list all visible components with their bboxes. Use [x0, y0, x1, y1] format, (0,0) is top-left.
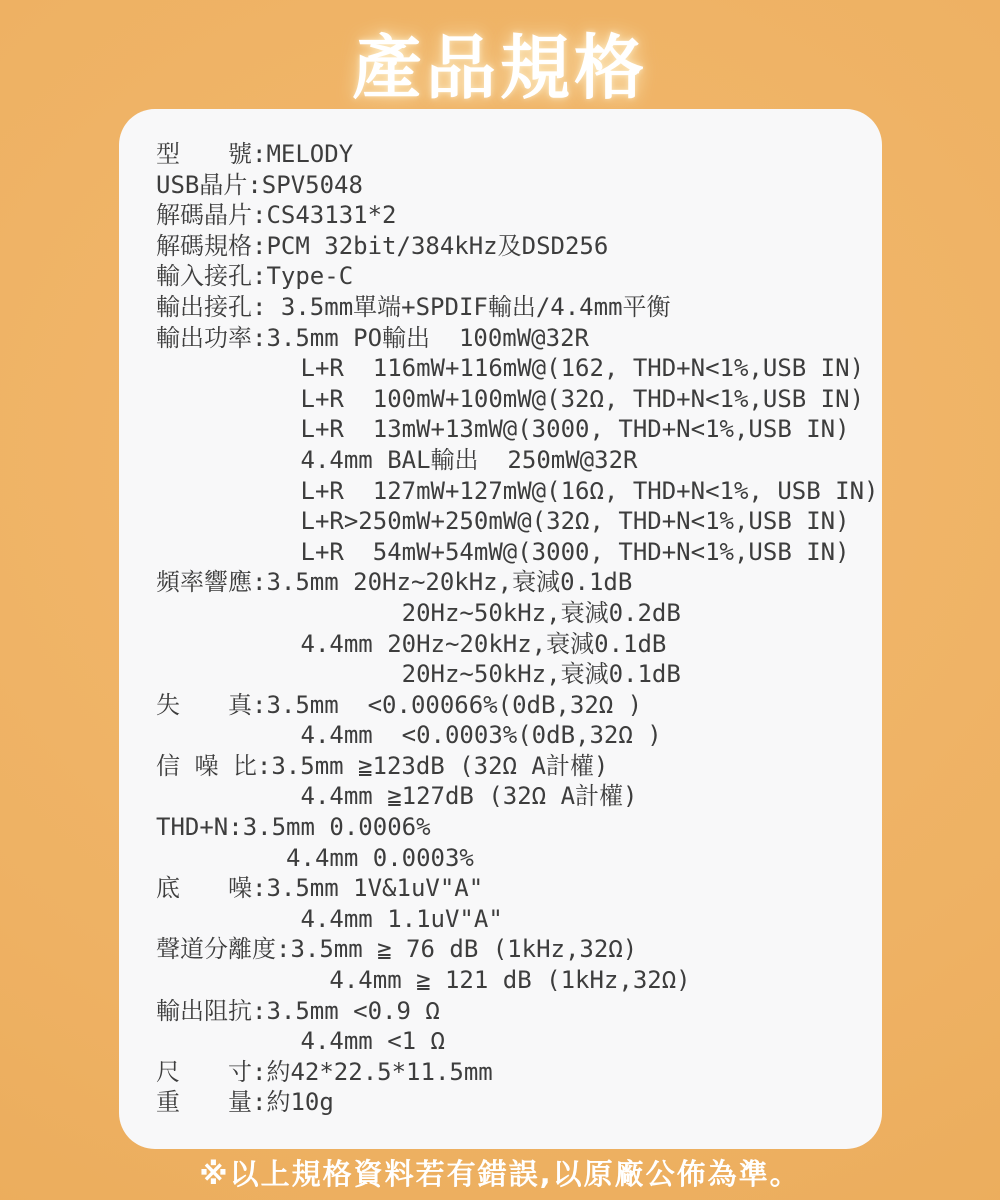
spec-line-thdn-detail: 4.4mm 0.0003% [156, 843, 874, 874]
spec-line-freq-response: 頻率響應:3.5mm 20Hz~20kHz,衰減0.1dB [156, 567, 874, 598]
spec-line-input-port: 輸入接孔:Type-C [156, 261, 874, 292]
spec-line-weight: 重 量:約10g [156, 1087, 874, 1118]
spec-line-output-power-detail: L+R 127mW+127mW@(16Ω, THD+N<1%, USB IN) [156, 476, 874, 507]
spec-line-crosstalk-detail: 4.4mm ≧ 121 dB (1kHz,32Ω) [156, 965, 874, 996]
spec-line-freq-response-detail: 20Hz~50kHz,衰減0.1dB [156, 659, 874, 690]
spec-line-output-power-detail: L+R>250mW+250mW@(32Ω, THD+N<1%,USB IN) [156, 506, 874, 537]
spec-line-output-power-detail: L+R 54mW+54mW@(3000, THD+N<1%,USB IN) [156, 537, 874, 568]
spec-line-noise-floor-detail: 4.4mm 1.1uV"A" [156, 904, 874, 935]
spec-line-output-power-bal: 4.4mm BAL輸出 250mW@32R [156, 445, 874, 476]
page-title: 產品規格 [0, 12, 1000, 113]
spec-line-freq-response-detail: 4.4mm 20Hz~20kHz,衰減0.1dB [156, 629, 874, 660]
spec-line-output-impedance: 輸出阻抗:3.5mm <0.9 Ω [156, 996, 874, 1027]
spec-line-dac-chip: 解碼晶片:CS43131*2 [156, 200, 874, 231]
spec-line-dimensions: 尺 寸:約42*22.5*11.5mm [156, 1057, 874, 1088]
spec-line-snr-detail: 4.4mm ≧127dB (32Ω A計權) [156, 781, 874, 812]
spec-line-model: 型 號:MELODY [156, 139, 874, 170]
spec-line-noise-floor: 底 噪:3.5mm 1V&1uV"A" [156, 873, 874, 904]
spec-line-crosstalk: 聲道分離度:3.5mm ≧ 76 dB (1kHz,32Ω) [156, 934, 874, 965]
spec-line-output-impedance-detail: 4.4mm <1 Ω [156, 1026, 874, 1057]
spec-line-usb-chip: USB晶片:SPV5048 [156, 170, 874, 201]
spec-line-distortion-detail: 4.4mm <0.0003%(0dB,32Ω ) [156, 720, 874, 751]
spec-line-output-power-detail: L+R 116mW+116mW@(162, THD+N<1%,USB IN) [156, 353, 874, 384]
spec-line-output-port: 輸出接孔: 3.5mm單端+SPDIF輸出/4.4mm平衡 [156, 292, 874, 323]
spec-line-decode-spec: 解碼規格:PCM 32bit/384kHz及DSD256 [156, 231, 874, 262]
spec-line-output-power-detail: L+R 100mW+100mW@(32Ω, THD+N<1%,USB IN) [156, 384, 874, 415]
spec-line-snr: 信 噪 比:3.5mm ≧123dB (32Ω A計權) [156, 751, 874, 782]
spec-line-output-power-detail: L+R 13mW+13mW@(3000, THD+N<1%,USB IN) [156, 414, 874, 445]
spec-line-freq-response-detail: 20Hz~50kHz,衰減0.2dB [156, 598, 874, 629]
spec-line-distortion: 失 真:3.5mm <0.00066%(0dB,32Ω ) [156, 690, 874, 721]
spec-line-output-power: 輸出功率:3.5mm PO輸出 100mW@32R [156, 323, 874, 354]
spec-line-thdn: THD+N:3.5mm 0.0006% [156, 812, 874, 843]
spec-card: 型 號:MELODY USB晶片:SPV5048 解碼晶片:CS43131*2 … [119, 109, 882, 1149]
footer-note: ※以上規格資料若有錯誤,以原廠公佈為準。 [0, 1152, 1000, 1193]
